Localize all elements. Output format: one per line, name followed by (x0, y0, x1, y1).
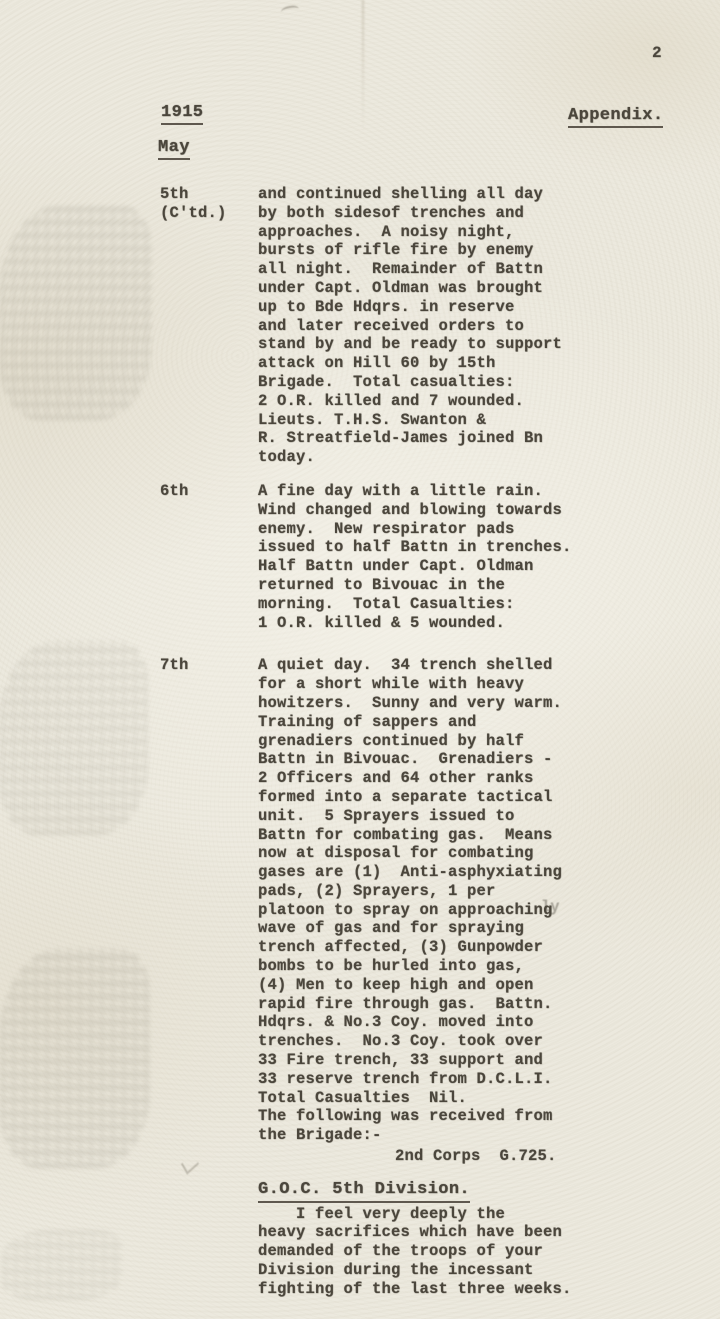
diary-content: 5th (C'td.) and continued shelling all d… (160, 185, 620, 1299)
pencil-mark (280, 5, 299, 17)
text-line: Battn in Bivouac. Grenadiers - (258, 750, 620, 769)
month-heading: May (158, 138, 190, 160)
bleed-through-marks-bottom (2, 1230, 122, 1300)
entry-date: 5th (160, 185, 258, 204)
text-line: (4) Men to keep high and open (258, 976, 620, 995)
text-line: unit. 5 Sprayers issued to (258, 807, 620, 826)
text-line: 1 O.R. killed & 5 wounded. (258, 614, 620, 633)
entry-continuation: (C'td.) (160, 204, 258, 223)
text-line: 33 reserve trench from D.C.L.I. (258, 1070, 620, 1089)
month-text: May (158, 138, 190, 160)
text-line: wave of gas and for spraying (258, 919, 620, 938)
text-line: 2 O.R. killed and 7 wounded. (258, 392, 620, 411)
year-text: 1915 (161, 103, 203, 125)
page-number: 2 (652, 44, 662, 63)
diary-entry-6th: 6th A fine day with a little rain.Wind c… (160, 482, 620, 632)
text-line: Division during the incessant (258, 1261, 620, 1280)
entry-date-column: 5th (C'td.) (160, 185, 258, 223)
text-line: up to Bde Hdqrs. in reserve (258, 298, 620, 317)
text-line: fighting of the last three weeks. (258, 1280, 620, 1299)
diary-entry-5th: 5th (C'td.) and continued shelling all d… (160, 185, 620, 467)
bleed-through-marks-lower (0, 948, 150, 1168)
text-line: rapid fire through gas. Battn. (258, 995, 620, 1014)
text-line: under Capt. Oldman was brought (258, 279, 620, 298)
entry-date: 6th (160, 482, 258, 501)
entry-date-column: 6th (160, 482, 258, 501)
text-line: enemy. New respirator pads (258, 520, 620, 539)
year-heading: 1915 (161, 103, 203, 125)
text-line: A quiet day. 34 trench shelled (258, 656, 620, 675)
bleed-through-marks-upper (0, 205, 152, 420)
text-line: Wind changed and blowing towards (258, 501, 620, 520)
goc-heading-text: G.O.C. 5th Division. (258, 1181, 470, 1203)
entry-date: 7th (160, 656, 258, 675)
text-line: Half Battn under Capt. Oldman (258, 557, 620, 576)
text-line: Training of sappers and (258, 713, 620, 732)
text-line: A fine day with a little rain. (258, 482, 620, 501)
text-line: grenadiers continued by half (258, 732, 620, 751)
text-line: issued to half Battn in trenches. (258, 538, 620, 557)
text-line: now at disposal for combating (258, 844, 620, 863)
text-line: heavy sacrifices which have been (258, 1223, 620, 1242)
dispatch-block: G.O.C. 5th Division. I feel very deeply … (258, 1181, 620, 1299)
text-line: 33 Fire trench, 33 support and (258, 1051, 620, 1070)
text-line: 2 Officers and 64 other ranks (258, 769, 620, 788)
text-line: morning. Total Casualties: (258, 595, 620, 614)
appendix-text: Appendix. (568, 106, 663, 128)
goc-heading: G.O.C. 5th Division. (258, 1181, 620, 1203)
paper-crease (362, 0, 364, 135)
entry-body: A fine day with a little rain.Wind chang… (258, 482, 620, 632)
text-line: demanded of the troops of your (258, 1242, 620, 1261)
text-line: attack on Hill 60 by 15th (258, 354, 620, 373)
entry-body: A quiet day. 34 trench shelledfor a shor… (258, 656, 620, 1145)
entry-body: and continued shelling all dayby both si… (258, 185, 620, 467)
bleed-through-marks-middle (0, 640, 148, 835)
text-line: the Brigade:- (258, 1126, 620, 1145)
text-line: howitzers. Sunny and very warm. (258, 694, 620, 713)
appendix-heading: Appendix. (568, 106, 663, 128)
text-line: The following was received from (258, 1107, 620, 1126)
text-line: formed into a separate tactical (258, 788, 620, 807)
text-line: bombs to be hurled into gas, (258, 957, 620, 976)
text-line: approaches. A noisy night, (258, 223, 620, 242)
text-line: platoon to spray on approaching (258, 901, 620, 920)
text-line: for a short while with heavy (258, 675, 620, 694)
text-line: Lieuts. T.H.S. Swanton & (258, 411, 620, 430)
document-page: 2 1915 Appendix. May 5th (C'td.) and con… (0, 0, 720, 1319)
dispatch-paragraph: I feel very deeply theheavy sacrifices w… (258, 1205, 620, 1299)
text-line: Hdqrs. & No.3 Coy. moved into (258, 1013, 620, 1032)
text-line: stand by and be ready to support (258, 335, 620, 354)
text-line: trench affected, (3) Gunpowder (258, 938, 620, 957)
text-line: pads, (2) Sprayers, 1 per (258, 882, 620, 901)
text-line: today. (258, 448, 620, 467)
corps-reference: 2nd Corps G.725. (258, 1147, 620, 1166)
text-line: Battn for combating gas. Means (258, 826, 620, 845)
entry-date-column: 7th (160, 656, 258, 675)
ghost-offset-print-ly: ly (541, 898, 560, 916)
text-line: gases are (1) Anti-asphyxiating (258, 863, 620, 882)
text-line: bursts of rifle fire by enemy (258, 241, 620, 260)
text-line: by both sidesof trenches and (258, 204, 620, 223)
text-line: R. Streatfield-James joined Bn (258, 429, 620, 448)
text-line: Brigade. Total casualties: (258, 373, 620, 392)
text-line: returned to Bivouac in the (258, 576, 620, 595)
text-line: trenches. No.3 Coy. took over (258, 1032, 620, 1051)
text-line: all night. Remainder of Battn (258, 260, 620, 279)
text-line: I feel very deeply the (258, 1205, 620, 1224)
text-line: and continued shelling all day (258, 185, 620, 204)
text-line: Total Casualties Nil. (258, 1089, 620, 1108)
text-line: and later received orders to (258, 317, 620, 336)
